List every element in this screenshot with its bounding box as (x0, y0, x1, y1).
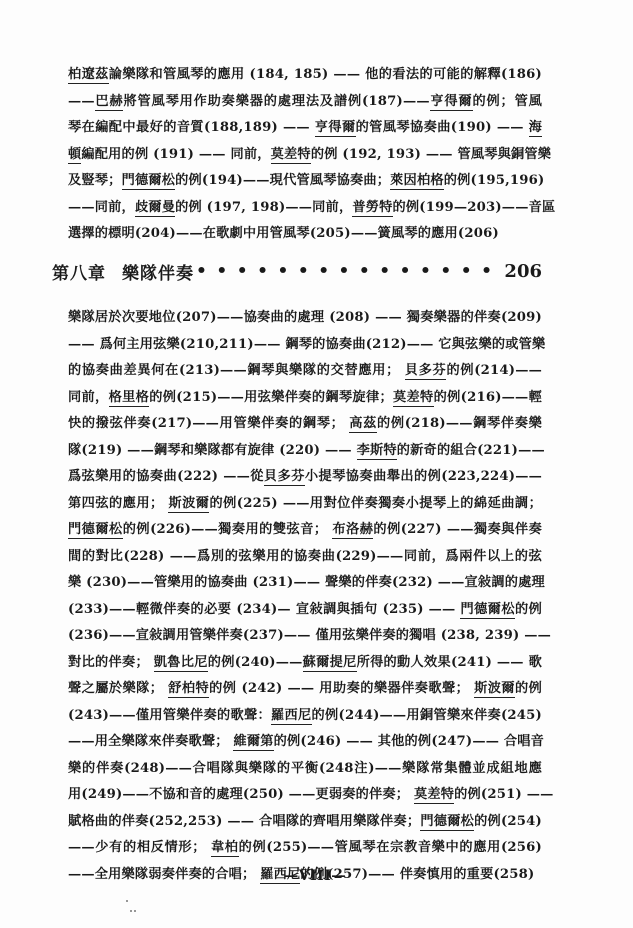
toc-line: —— 爲何主用弦樂(210,211)—— 鋼琴的協奏曲(212)—— 它與弦樂的… (68, 332, 542, 359)
toc-line: 柏遼茲論樂隊和管風琴的應用 (184, 185) —— 他的看法的可能的解釋(1… (68, 62, 542, 89)
toc-text: 的例(199—203)——音區 (393, 200, 556, 215)
composer-name: 羅西尼 (271, 708, 312, 725)
toc-text: (243)——僅用管樂伴奏的歌聲： (68, 708, 271, 723)
toc-line: ——巴赫將管風琴用作助奏樂器的處理法及譜例(187)——亨得爾的例；管風 (68, 89, 542, 116)
toc-text: 的協奏曲差異何在(213)——鋼琴與樂隊的交替應用； (68, 363, 405, 378)
toc-text: 的新奇的組合(221)—— (397, 443, 545, 458)
toc-text: (236)——宣敍調用管樂伴奏(237)—— 僅用弦樂伴奏的獨唱 (238, 2… (68, 628, 551, 643)
toc-text: 的例(240)—— (208, 655, 303, 670)
toc-text: 及豎琴； (68, 173, 122, 188)
toc-text: 的管風琴協奏曲(190) —— (356, 120, 529, 135)
toc-text: 樂隊居於次要地位(207)——協奏曲的處理 (208) —— 獨奏樂器的伴奏(2… (68, 310, 542, 325)
toc-text: 賦格曲的伴奏(252,253) —— 合唱隊的齊唱用樂隊伴奏； (68, 814, 420, 829)
composer-name: 高茲 (349, 416, 377, 433)
composer-name: 莫差特 (271, 147, 311, 164)
toc-text: 的例 (242) —— 用助奏的樂器伴奏歌聲； (209, 681, 474, 696)
toc-text: 的例 (515, 681, 542, 696)
toc-text: 對比的伴奏； (68, 655, 154, 670)
toc-line: 樂 (230)——管樂用的協奏曲 (231)—— 聲樂的伴奏(232) ——宣敍… (68, 570, 542, 597)
composer-name: 巴赫 (95, 94, 124, 111)
composer-name: 門德爾松 (68, 522, 123, 539)
toc-line: 爲弦樂用的協奏曲(222) ——從貝多芬小提琴協奏曲舉出的例(223,224)—… (68, 464, 542, 491)
toc-line: 琴在編配中最好的音質(188,189) —— 亨得爾的管風琴協奏曲(190) —… (68, 115, 542, 142)
toc-text: 的例；管風 (473, 94, 543, 109)
scan-speck (130, 910, 132, 912)
toc-text: ——同前， (68, 200, 135, 215)
page-folio: —VIII— (270, 868, 360, 884)
chapter-number: 第八章 (52, 259, 106, 284)
toc-text: 第四弦的應用； (68, 496, 168, 511)
toc-text: 的例 (192, 193) —— 管風琴與銅管樂 (311, 147, 551, 162)
toc-previous-chapter-entries: 柏遼茲論樂隊和管風琴的應用 (184, 185) —— 他的看法的可能的解釋(1… (68, 62, 542, 248)
toc-text: 小提琴協奏曲舉出的例(223,224)—— (305, 469, 542, 484)
toc-line: 樂的伴奏(248)——合唱隊與樂隊的平衡(248注)——樂隊常集體並成組地應 (68, 756, 542, 783)
toc-text: 的例(251) —— (454, 787, 553, 802)
toc-line: 快的撥弦伴奏(217)——用管樂伴奏的鋼琴； 高茲的例(218)——鋼琴伴奏樂 (68, 411, 542, 438)
scan-speck (126, 900, 128, 902)
toc-text: 的例(195,196) (444, 173, 545, 188)
composer-name: 門德爾松 (122, 173, 176, 190)
composer-name: 韋柏 (211, 840, 239, 857)
dot-leader: •••••••••••••••••••••••••••••• (196, 261, 496, 281)
toc-text: 快的撥弦伴奏(217)——用管樂伴奏的鋼琴； (68, 416, 349, 431)
toc-text: 的例(246) —— 其他的例(247)—— 合唱音 (274, 734, 544, 749)
toc-line: ——用全樂隊來伴奏歌聲； 維爾第的例(246) —— 其他的例(247)—— 合… (68, 729, 542, 756)
composer-name: 海 (529, 120, 542, 137)
chapter-page-number: 206 (504, 261, 542, 282)
chapter-heading: 第八章 樂隊伴奏 •••••••••••••••••••••••••••••• … (52, 256, 542, 286)
composer-name: 萊因柏格 (390, 173, 444, 190)
toc-text: 的例(255)——管風琴在宗教音樂中的應用(256) (239, 840, 542, 855)
toc-text: 的例(218)——鋼琴伴奏樂 (377, 416, 542, 431)
composer-name: 門德爾松 (420, 814, 474, 831)
composer-name: 莫差特 (414, 787, 454, 804)
toc-text: 的例(226)——獨奏用的雙弦音； (123, 522, 333, 537)
composer-name: 舒柏特 (168, 681, 209, 698)
toc-text: 將管風琴用作助奏樂器的處理法及譜例(187)—— (123, 94, 429, 109)
toc-line: 第四弦的應用； 斯波爾的例(225) ——用對位伴奏獨奏小提琴上的綿延曲調； (68, 491, 542, 518)
composer-name: 普勞特 (352, 200, 392, 217)
toc-line: (233)——輕微伴奏的必要 (234)— 宣敍調與插句 (235) —— 門德… (68, 597, 542, 624)
scan-speck (134, 910, 136, 912)
toc-text: ——全用樂隊弱奏伴奏的合唱； (68, 867, 260, 882)
toc-text: 隊(219) ——鋼琴和樂隊都有旋律 (220) —— (68, 443, 357, 458)
toc-line: 同前，格里格的例(215)——用弦樂伴奏的鋼琴旋律；莫差特的例(216)——輕 (68, 385, 542, 412)
toc-line: (243)——僅用管樂伴奏的歌聲：羅西尼的例(244)——用銅管樂來伴奏(245… (68, 703, 542, 730)
toc-line: 頓編配用的例 (191) —— 同前，莫差特的例 (192, 193) —— 管… (68, 142, 542, 169)
toc-text: 的例(254) (474, 814, 542, 829)
composer-name: 柏遼茲 (68, 67, 109, 84)
composer-name: 李斯特 (357, 443, 397, 460)
toc-text: 的例(214)—— (446, 363, 542, 378)
toc-text: 用(249)——不協和音的處理(250) ——更弱奏的伴奏； (68, 787, 414, 802)
toc-line: ——同前，歧爾曼的例 (197, 198)——同前，普勞特的例(199—203)… (68, 195, 542, 222)
composer-name: 凱魯比尼 (154, 655, 208, 672)
composer-name: 斯波爾 (168, 496, 209, 513)
toc-text: 的例 (515, 602, 542, 617)
toc-text: 的例 (197, 198)——同前， (175, 200, 352, 215)
toc-text: 樂 (230)——管樂用的協奏曲 (231)—— 聲樂的伴奏(232) ——宣敍… (68, 575, 545, 590)
toc-text: 所得的動人效果(241) —— 歌 (357, 655, 542, 670)
toc-line: 的協奏曲差異何在(213)——鋼琴與樂隊的交替應用； 貝多芬的例(214)—— (68, 358, 542, 385)
composer-name: 布洛赫 (332, 522, 373, 539)
toc-text: 聲之屬於樂隊； (68, 681, 168, 696)
toc-text: 樂的伴奏(248)——合唱隊與樂隊的平衡(248注)——樂隊常集體並成組地應 (68, 761, 542, 776)
toc-line: (236)——宣敍調用管樂伴奏(237)—— 僅用弦樂伴奏的獨唱 (238, 2… (68, 623, 542, 650)
toc-text: 同前， (68, 390, 109, 405)
toc-line: 樂隊居於次要地位(207)——協奏曲的處理 (208) —— 獨奏樂器的伴奏(2… (68, 305, 542, 332)
toc-text: 爲弦樂用的協奏曲(222) ——從 (68, 469, 264, 484)
toc-chapter-8-entries: 樂隊居於次要地位(207)——協奏曲的處理 (208) —— 獨奏樂器的伴奏(2… (68, 305, 542, 888)
toc-text: 的例(227) ——獨奏與伴奏 (373, 522, 542, 537)
toc-line: 選擇的標明(204)——在歌劇中用管風琴(205)——簧風琴的應用(206) (68, 221, 542, 248)
toc-text: 編配用的例 (191) —— 同前， (81, 147, 270, 162)
toc-line: 用(249)——不協和音的處理(250) ——更弱奏的伴奏； 莫差特的例(251… (68, 782, 542, 809)
toc-line: 及豎琴；門德爾松的例(194)——現代管風琴協奏曲；萊因柏格的例(195,196… (68, 168, 542, 195)
toc-line: 隊(219) ——鋼琴和樂隊都有旋律 (220) —— 李斯特的新奇的組合(22… (68, 438, 542, 465)
composer-name: 貝多芬 (264, 469, 305, 486)
toc-text: 論樂隊和管風琴的應用 (184, 185) —— 他的看法的可能的解釋(186) (109, 67, 542, 82)
toc-line: 聲之屬於樂隊； 舒柏特的例 (242) —— 用助奏的樂器伴奏歌聲； 斯波爾的例 (68, 676, 542, 703)
composer-name: 蘇爾提尼 (303, 655, 357, 672)
toc-text: (233)——輕微伴奏的必要 (234)— 宣敍調與插句 (235) —— (68, 602, 460, 617)
toc-text: 的例(194)——現代管風琴協奏曲； (175, 173, 390, 188)
toc-text: —— 爲何主用弦樂(210,211)—— 鋼琴的協奏曲(212)—— 它與弦樂的… (68, 337, 545, 352)
composer-name: 貝多芬 (405, 363, 447, 380)
toc-line: ——少有的相反情形； 韋柏的例(255)——管風琴在宗教音樂中的應用(256) (68, 835, 542, 862)
composer-name: 維爾第 (233, 734, 273, 751)
toc-text: 選擇的標明(204)——在歌劇中用管風琴(205)——簧風琴的應用(206) (68, 226, 499, 241)
toc-text: 的例(216)——輕 (434, 390, 542, 405)
toc-text: 的例(215)——用弦樂伴奏的鋼琴旋律； (149, 390, 393, 405)
toc-line: 對比的伴奏； 凱魯比尼的例(240)——蘇爾提尼所得的動人效果(241) —— … (68, 650, 542, 677)
toc-text: 的例(225) ——用對位伴奏獨奏小提琴上的綿延曲調； (209, 496, 542, 511)
toc-line: 門德爾松的例(226)——獨奏用的雙弦音； 布洛赫的例(227) ——獨奏與伴奏 (68, 517, 542, 544)
toc-line: 賦格曲的伴奏(252,253) —— 合唱隊的齊唱用樂隊伴奏；門德爾松的例(25… (68, 809, 542, 836)
composer-name: 亨得爾 (430, 94, 473, 111)
composer-name: 亨得爾 (315, 120, 356, 137)
toc-text: ——用全樂隊來伴奏歌聲； (68, 734, 233, 749)
toc-text: 琴在編配中最好的音質(188,189) —— (68, 120, 315, 135)
toc-text: —— (68, 94, 95, 109)
toc-text: ——少有的相反情形； (68, 840, 211, 855)
chapter-title: 樂隊伴奏 (122, 259, 194, 284)
composer-name: 門德爾松 (460, 602, 515, 619)
book-page: 柏遼茲論樂隊和管風琴的應用 (184, 185) —— 他的看法的可能的解釋(1… (0, 0, 633, 928)
composer-name: 格里格 (109, 390, 150, 407)
composer-name: 頓 (68, 147, 81, 164)
toc-text: 間的對比(228) ——爲別的弦樂用的協奏曲(229)——同前，爲兩件以上的弦 (68, 549, 542, 564)
toc-text: 的例(244)——用銅管樂來伴奏(245) (312, 708, 542, 723)
composer-name: 斯波爾 (474, 681, 515, 698)
composer-name: 莫差特 (393, 390, 434, 407)
composer-name: 歧爾曼 (135, 200, 175, 217)
toc-line: 間的對比(228) ——爲別的弦樂用的協奏曲(229)——同前，爲兩件以上的弦 (68, 544, 542, 571)
